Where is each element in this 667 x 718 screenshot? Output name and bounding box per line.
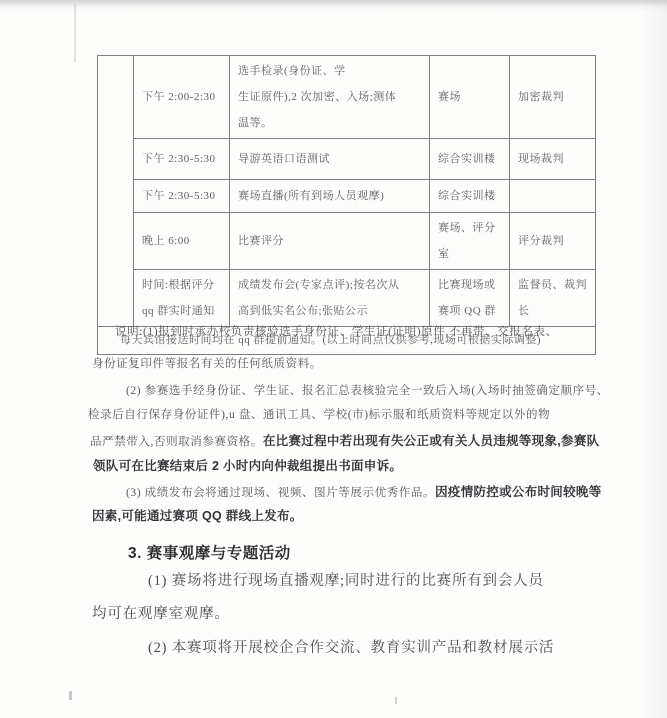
table-cell-time: 下午 2:30-5:30	[134, 180, 230, 213]
scan-artifact-top	[0, 0, 667, 12]
table-cell-judge	[510, 180, 596, 213]
note-line-bold: 领队可在比赛结束后 2 小时内向仲裁组提出书面申诉。	[93, 459, 402, 473]
table-cell-empty	[98, 56, 134, 327]
table-row: 晚上 6:00 比赛评分 赛场、评分室 评分裁判	[98, 213, 596, 270]
note-line-bold: 因素,可能通过赛项 QQ 群线上发布。	[92, 509, 303, 523]
table-cell-location: 赛场、评分室	[430, 213, 510, 270]
table-cell-judge: 现场裁判	[510, 139, 596, 180]
table-row: 下午 2:00-2:30 选手检录(身份证、学 生证原件),2 次加密、入场;测…	[98, 56, 596, 139]
section-line: 均可在观摩室观摩。	[92, 604, 230, 624]
note-line-bold: 因疫情防控或公布时间较晚等	[435, 485, 601, 499]
section-heading: 3. 赛事观摩与专题活动	[128, 541, 291, 563]
note-line: 因素,可能通过赛项 QQ 群线上发布。	[92, 508, 303, 525]
table-cell-activity: 成绩发布会(专家点评);按名次从 高到低实名公布;张贴公示	[230, 270, 430, 327]
table-cell-time: 下午 2:30-5:30	[134, 139, 230, 180]
table-cell-location: 赛场	[430, 56, 510, 139]
table-cell-judge: 监督员、裁判 长	[510, 270, 596, 327]
table-cell-activity: 赛场直播(所有到场人员观摩)	[230, 180, 430, 213]
scan-artifact-tick	[69, 691, 72, 700]
table-cell-judge: 评分裁判	[510, 213, 596, 270]
schedule-table: 下午 2:00-2:30 选手检录(身份证、学 生证原件),2 次加密、入场;测…	[97, 55, 596, 355]
table-row: 时间:根据评分 qq 群实时通知 成绩发布会(专家点评);按名次从 高到低实名公…	[98, 270, 596, 327]
table-row: 下午 2:30-5:30 赛场直播(所有到场人员观摩) 综合实训楼	[98, 180, 596, 213]
note-line-normal: 品严禁带入,否则取消参赛资格。	[90, 436, 263, 448]
table-cell-activity: 导游英语口语测试	[230, 139, 430, 180]
scan-artifact-streak	[74, 4, 76, 62]
note-line: (2) 参赛选手经身份证、学生证、报名汇总表核验完全一致后入场(入场时抽签确定顺…	[126, 383, 609, 400]
scan-artifact-right	[641, 0, 667, 718]
scan-artifact-tick	[395, 697, 397, 704]
table-cell-activity: 选手检录(身份证、学 生证原件),2 次加密、入场;测体 温等。	[230, 56, 430, 139]
note-line-bold: 在比赛过程中若出现有失公正或有关人员违规等现象,参赛队	[263, 434, 600, 448]
section-line: (2) 本赛项将开展校企合作交流、教育实训产品和教材展示活	[148, 638, 554, 658]
note-line: (3) 成绩发布会将通过现场、视频、图片等展示优秀作品。因疫情防控或公布时间较晚…	[126, 484, 602, 501]
table-cell-time: 时间:根据评分 qq 群实时通知	[134, 270, 230, 327]
note-line: 检录后自行保存身份证件),u 盘、通讯工具、学校(市)标示服和纸质资料等规定以外…	[88, 407, 550, 424]
section-line: (1) 赛场将进行现场直播观摩;同时进行的比赛所有到会人员	[148, 571, 544, 591]
note-line: 说明:(1)报到时承办校负责核验选手身份证、学生证(证明)原件,不再带、交报名表…	[115, 324, 558, 341]
note-line: 品严禁带入,否则取消参赛资格。在比赛过程中若出现有失公正或有关人员违规等现象,参…	[90, 433, 599, 450]
table-cell-time: 晚上 6:00	[134, 213, 230, 270]
table-row: 下午 2:30-5:30 导游英语口语测试 综合实训楼 现场裁判	[98, 139, 596, 180]
table-cell-location: 综合实训楼	[430, 139, 510, 180]
table-cell-activity: 比赛评分	[230, 213, 430, 270]
table-cell-location: 比赛现场或 赛项 QQ 群	[430, 270, 510, 327]
table-cell-time: 下午 2:00-2:30	[134, 56, 230, 139]
table-cell-judge: 加密裁判	[510, 56, 596, 139]
document-page: 下午 2:00-2:30 选手检录(身份证、学 生证原件),2 次加密、入场;测…	[0, 0, 667, 718]
note-line: 领队可在比赛结束后 2 小时内向仲裁组提出书面申诉。	[93, 458, 402, 475]
note-line-normal: (3) 成绩发布会将通过现场、视频、图片等展示优秀作品。	[126, 487, 435, 499]
note-line: 身份证复印件等报名有关的任何纸质资料。	[92, 356, 322, 373]
table-cell-location: 综合实训楼	[430, 180, 510, 213]
